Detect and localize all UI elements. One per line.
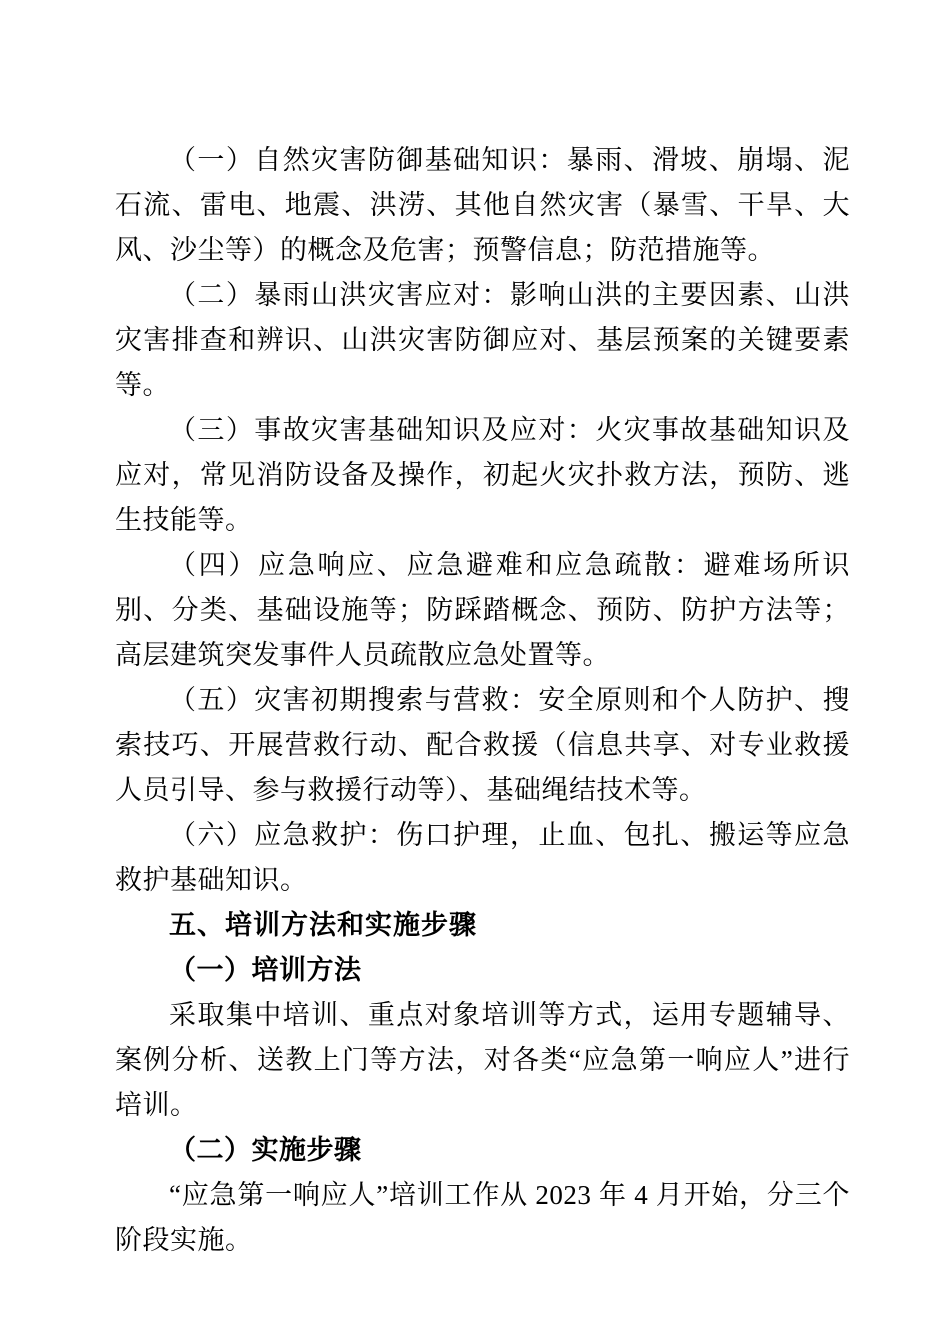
- document-page: （一）自然灾害防御基础知识：暴雨、滑坡、崩塌、泥石流、雷电、地震、洪涝、其他自然…: [0, 0, 950, 1344]
- para-emergency-response-evacuation: （四）应急响应、应急避难和应急疏散：避难场所识别、分类、基础设施等；防踩踏概念、…: [115, 543, 850, 678]
- subheading-training-method: （一）培训方法: [115, 948, 850, 993]
- heading-training-methods-and-steps: 五、培训方法和实施步骤: [115, 903, 850, 948]
- para-training-method-body: 采取集中培训、重点对象培训等方式，运用专题辅导、案例分析、送教上门等方法，对各类…: [115, 993, 850, 1128]
- subheading-implementation-steps: （二）实施步骤: [115, 1128, 850, 1173]
- para-initial-search-rescue: （五）灾害初期搜索与营救：安全原则和个人防护、搜索技巧、开展营救行动、配合救援（…: [115, 678, 850, 813]
- para-implementation-steps-body: “应急第一响应人”培训工作从 2023 年 4 月开始，分三个阶段实施。: [115, 1173, 850, 1263]
- para-emergency-first-aid: （六）应急救护：伤口护理，止血、包扎、搬运等应急救护基础知识。: [115, 813, 850, 903]
- para-accident-disaster-basics: （三）事故灾害基础知识及应对：火灾事故基础知识及应对，常见消防设备及操作，初起火…: [115, 408, 850, 543]
- para-natural-disaster-basics: （一）自然灾害防御基础知识：暴雨、滑坡、崩塌、泥石流、雷电、地震、洪涝、其他自然…: [115, 138, 850, 273]
- para-rainstorm-flood-response: （二）暴雨山洪灾害应对：影响山洪的主要因素、山洪灾害排查和辨识、山洪灾害防御应对…: [115, 273, 850, 408]
- document-body: （一）自然灾害防御基础知识：暴雨、滑坡、崩塌、泥石流、雷电、地震、洪涝、其他自然…: [115, 138, 850, 1263]
